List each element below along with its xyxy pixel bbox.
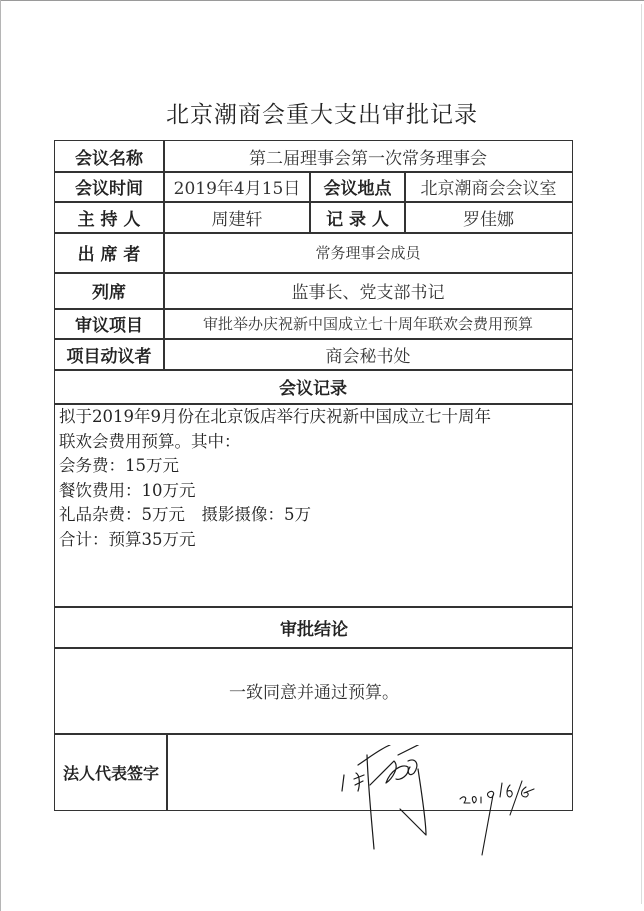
recorder-value: 罗佳娜 xyxy=(406,202,571,232)
meeting-time-value: 2019年4月15日 xyxy=(165,172,309,201)
handwritten-signature xyxy=(330,745,580,895)
scan-edge-right xyxy=(641,4,642,904)
host-label: 主 持 人 xyxy=(55,202,163,232)
meeting-time-label: 会议时间 xyxy=(55,172,163,201)
document-title: 北京潮商会重大支出审批记录 xyxy=(0,96,644,129)
observers-label: 列席 xyxy=(55,273,163,308)
proposer-label: 项目动议者 xyxy=(55,339,163,369)
agenda-label: 审议项目 xyxy=(55,309,163,338)
meeting-record-heading: 会议记录 xyxy=(55,370,571,403)
attendees-value: 常务理事会成员 xyxy=(165,233,571,272)
scan-edge-left xyxy=(0,0,1,911)
record-line: 餐饮费用：10万元 xyxy=(59,479,569,504)
conclusion-heading: 审批结论 xyxy=(56,607,572,647)
meeting-name-value: 第二届理事会第一次常务理事会 xyxy=(165,141,571,171)
proposer-value: 商会秘书处 xyxy=(165,339,571,369)
attendees-label: 出 席 者 xyxy=(55,233,163,272)
signature-column-divider xyxy=(166,733,168,811)
signature-label: 法人代表签字 xyxy=(56,734,166,811)
conclusion-value: 一致同意并通过预算。 xyxy=(56,648,572,733)
agenda-value: 审批举办庆祝新中国成立七十周年联欢会费用预算 xyxy=(165,309,571,338)
meeting-record-body: 拟于2019年9月份在北京饭店举行庆祝新中国成立七十周年 联欢会费用预算。其中：… xyxy=(59,405,569,552)
record-line: 礼品杂费：5万元 摄影摄像：5万 xyxy=(59,503,569,528)
meeting-place-value: 北京潮商会会议室 xyxy=(406,172,571,201)
record-line: 会务费：15万元 xyxy=(59,454,569,479)
meeting-name-label: 会议名称 xyxy=(55,141,163,171)
record-line: 拟于2019年9月份在北京饭店举行庆祝新中国成立七十周年 xyxy=(59,405,569,430)
meeting-place-label: 会议地点 xyxy=(311,172,404,201)
record-line: 合计：预算35万元 xyxy=(59,528,569,553)
recorder-label: 记 录 人 xyxy=(311,202,404,232)
host-value: 周建轩 xyxy=(165,202,309,232)
scan-edge-top xyxy=(0,0,644,1)
record-line: 联欢会费用预算。其中： xyxy=(59,430,569,455)
observers-value: 监事长、党支部书记 xyxy=(165,273,571,308)
